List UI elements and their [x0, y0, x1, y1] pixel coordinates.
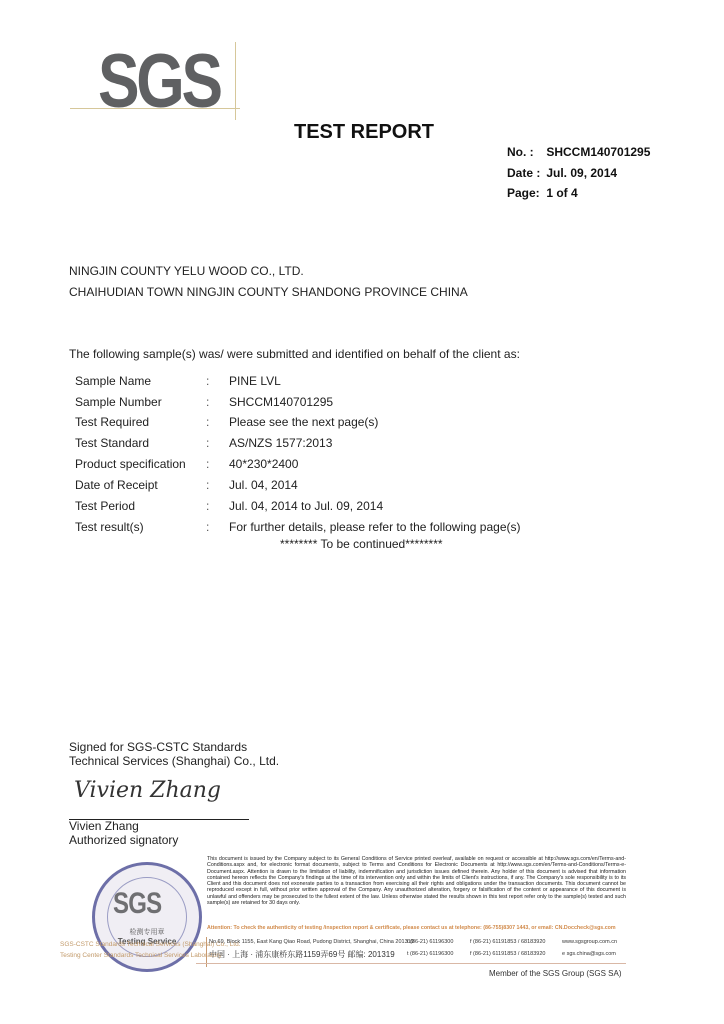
meta-value: SHCCM140701295	[546, 145, 650, 159]
handwritten-signature: Vivien Zhang	[74, 778, 221, 803]
field-separator: :	[206, 374, 209, 388]
field-value: PINE LVL	[229, 374, 281, 388]
field-label: Sample Number	[75, 395, 162, 409]
field-separator: :	[206, 499, 209, 513]
intro-text: The following sample(s) was/ were submit…	[69, 347, 520, 361]
stamp-cn-label: 检测专用章	[95, 927, 199, 937]
field-separator: :	[206, 520, 209, 534]
signatory-role: Authorized signatory	[69, 833, 178, 847]
field-value: SHCCM140701295	[229, 395, 333, 409]
address-en: No.69, Block 1155, East Kang Qiao Road, …	[209, 939, 414, 945]
fax: f (86-21) 61191853 / 68183920	[470, 939, 545, 945]
meta-key: Page:	[507, 186, 543, 200]
client-name: NINGJIN COUNTY YELU WOOD CO., LTD.	[69, 264, 304, 278]
stamp-ring-text-2: Testing Center Standards Technical Servi…	[60, 952, 222, 959]
field-separator: :	[206, 457, 209, 471]
field-value: 40*230*2400	[229, 457, 298, 471]
email-link[interactable]: e sgs.china@sgs.com	[562, 951, 616, 957]
field-label: Test Period	[75, 499, 135, 513]
field-label: Sample Name	[75, 374, 151, 388]
field-value: Jul. 04, 2014	[229, 478, 298, 492]
field-label: Test Required	[75, 415, 149, 429]
report-page: Page: 1 of 4	[507, 186, 578, 200]
telephone: t (86-21) 61196300	[407, 939, 453, 945]
signatory-name: Vivien Zhang	[69, 819, 139, 833]
meta-key: No. :	[507, 145, 543, 159]
field-separator: :	[206, 395, 209, 409]
field-label: Product specification	[75, 457, 186, 471]
report-title: TEST REPORT	[294, 121, 434, 144]
disclaimer-text: This document is issued by the Company s…	[207, 856, 626, 906]
authenticity-notice: Attention: To check the authenticity of …	[207, 925, 627, 931]
meta-value: Jul. 09, 2014	[546, 166, 617, 180]
logo-divider-vertical	[235, 42, 236, 120]
meta-value: 1 of 4	[546, 186, 577, 200]
client-address: CHAIHUDIAN TOWN NINGJIN COUNTY SHANDONG …	[69, 285, 468, 299]
signed-for-line2: Technical Services (Shanghai) Co., Ltd.	[69, 754, 279, 768]
field-label: Date of Receipt	[75, 478, 158, 492]
continued-marker: ******** To be continued********	[280, 537, 443, 551]
logo-divider-horizontal	[70, 108, 240, 109]
address-cn: 中国 · 上海 · 浦东康桥东路1159弄69号 邮编: 201319	[209, 949, 395, 960]
field-value: Jul. 04, 2014 to Jul. 09, 2014	[229, 499, 383, 513]
report-number: No. : SHCCM140701295	[507, 145, 650, 159]
field-value: For further details, please refer to the…	[229, 520, 520, 534]
field-label: Test result(s)	[75, 520, 144, 534]
meta-key: Date :	[507, 166, 543, 180]
telephone: t (86-21) 61196300	[407, 951, 453, 957]
field-value: Please see the next page(s)	[229, 415, 378, 429]
field-separator: :	[206, 436, 209, 450]
signed-for-line1: Signed for SGS-CSTC Standards	[69, 740, 247, 754]
footer-horizontal-rule	[196, 963, 626, 964]
website-link[interactable]: www.sgsgroup.com.cn	[562, 939, 617, 945]
stamp-sgs-logo: SGS	[113, 887, 161, 921]
sgs-group-membership: Member of the SGS Group (SGS SA)	[489, 969, 622, 978]
field-label: Test Standard	[75, 436, 149, 450]
field-value: AS/NZS 1577:2013	[229, 436, 332, 450]
report-date: Date : Jul. 09, 2014	[507, 166, 617, 180]
field-separator: :	[206, 415, 209, 429]
field-separator: :	[206, 478, 209, 492]
fax: f (86-21) 61191853 / 68183920	[470, 951, 545, 957]
